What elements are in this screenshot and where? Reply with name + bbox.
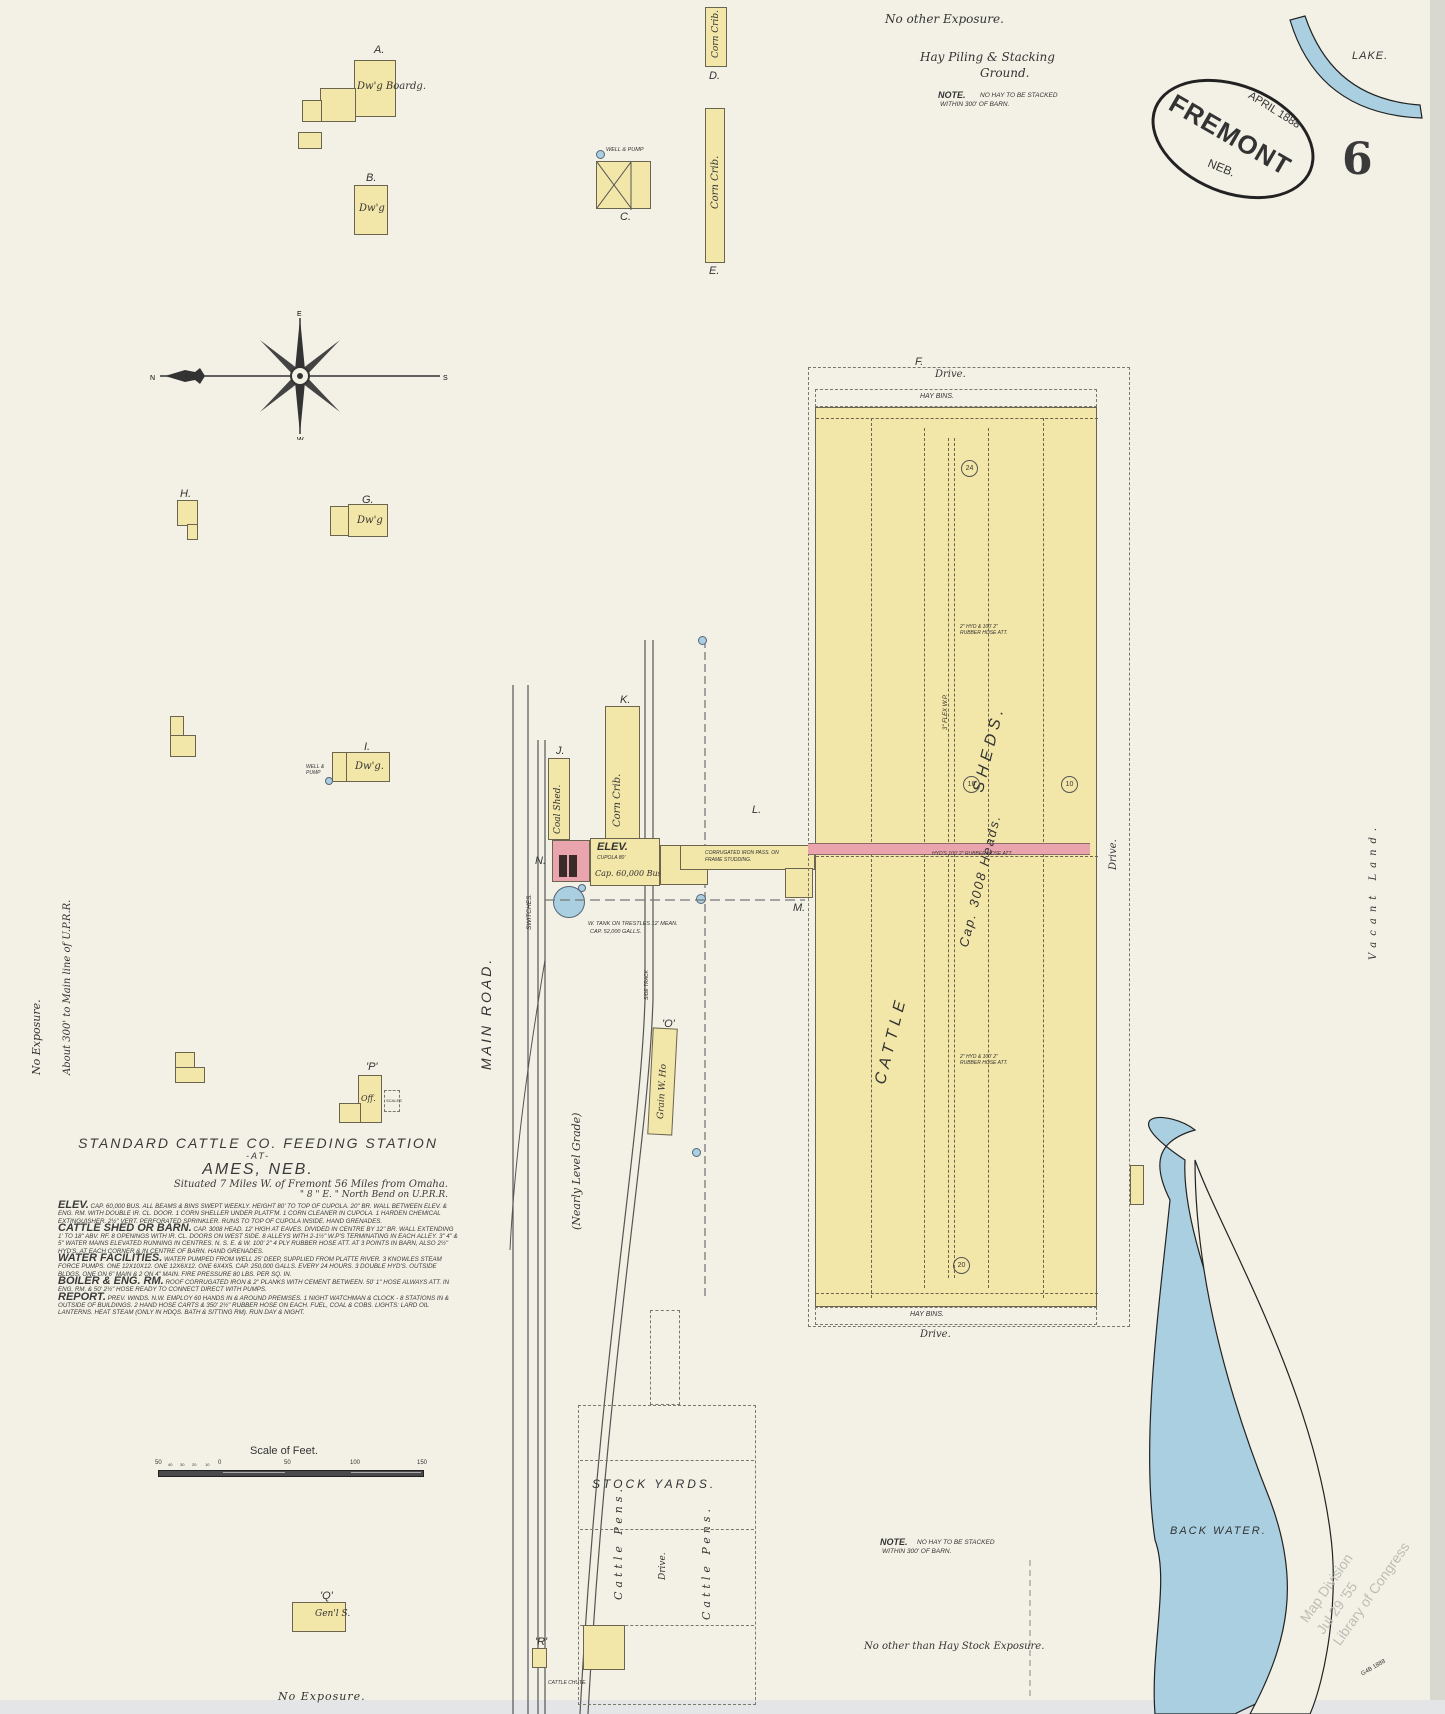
drive-top-label: Drive. <box>935 369 966 380</box>
building-n-letter: N. <box>535 855 546 867</box>
legend-section-report: REPORT. Prev. Winds. N.W. Employ 60 Hand… <box>58 1294 458 1317</box>
cattle-sheds-building <box>815 407 1097 1307</box>
bottom-no-exposure: No Exposure. <box>278 1690 366 1703</box>
legend-at: -AT- <box>58 1151 458 1161</box>
note-bottom-text2: within 300' of Barn. <box>882 1548 951 1555</box>
scale-tick: 10 <box>205 1462 209 1467</box>
pen-divider <box>580 1529 754 1530</box>
scale-bar: Scale of Feet. 50 40 30 20 10 0 50 100 1… <box>155 1445 425 1485</box>
building-o-label: Grain W. Ho <box>656 1064 669 1120</box>
note-bottom-text1: No Hay to be Stacked <box>917 1539 995 1546</box>
scale-tick: 100 <box>350 1460 360 1466</box>
legend-situated-1: Situated 7 Miles W. of Fremont 56 Miles … <box>58 1179 458 1190</box>
drive-bottom-label: Drive. <box>920 1329 951 1340</box>
stock-drive-label: Drive. <box>658 1552 668 1580</box>
vacant-land-label: Vacant Land. <box>1368 822 1379 960</box>
side-track-label: Side Track <box>644 970 650 1000</box>
building-q-label: Gen'l S. <box>315 1609 350 1619</box>
cattle-pens-1: Cattle Pens. <box>612 1485 625 1600</box>
cattle-pens-2: Cattle Pens. <box>700 1505 713 1620</box>
hay-bins-top <box>815 389 1097 407</box>
scale-tick: 50 <box>284 1460 291 1466</box>
legend-situated-2: " 8 " E. " North Bend on U.P.R.R. <box>58 1190 458 1200</box>
building-k-label: Corn Crib. <box>612 774 623 827</box>
switches-label: SWITCHES. <box>526 894 533 930</box>
elevator-capacity: Cap. 60,000 Bus. <box>595 869 664 878</box>
legend-place: AMES, NEB. <box>58 1161 458 1179</box>
building-k-corn-crib: Corn Crib. <box>605 706 640 840</box>
building-l-label: Corrugated Iron Pass. on Frame Studding. <box>705 850 785 864</box>
scale-tick: 20 <box>192 1462 196 1467</box>
hay-bins-bottom <box>815 1307 1097 1325</box>
drive-right-label: Drive. <box>1108 839 1119 870</box>
area-number-right: 10 <box>1061 776 1078 793</box>
scale-tick: 30 <box>180 1462 184 1467</box>
area-number-top: 24 <box>961 460 978 477</box>
building-q-letter: 'Q' <box>320 1590 333 1602</box>
boiler-engine-room <box>552 840 590 882</box>
legend-section-cattle-shed: CATTLE SHED or BARN. Cap. 3008 Head. 12'… <box>58 1225 458 1255</box>
building-j-label: Coal Shed. <box>553 785 563 834</box>
building-j-coal-shed: Coal Shed. <box>548 758 570 840</box>
building-f-letter: F. <box>915 356 923 368</box>
legend-block: STANDARD CATTLE CO. FEEDING STATION -AT-… <box>58 1135 458 1316</box>
pen-divider <box>580 1460 754 1461</box>
water-tank-note-1: W. Tank on Trestles 12' Mean. <box>588 921 678 927</box>
building-l-passage: Corrugated Iron Pass. on Frame Studding. <box>680 845 815 870</box>
hose-center-label: Hyd's 100' 2" Rubber Hose Att. <box>932 851 1012 857</box>
wp-label: 3" Flex W.P. <box>943 694 949 730</box>
elevator-building: ELEV. Cupola 80' Cap. 60,000 Bus. <box>590 838 660 886</box>
legend-title: STANDARD CATTLE CO. FEEDING STATION <box>58 1135 458 1151</box>
back-water-label: BACK WATER. <box>1170 1525 1267 1537</box>
building-j-letter: J. <box>556 745 565 757</box>
hay-bins-top-label: HAY BINS. <box>920 393 954 400</box>
hose-note-bottom: 2" Hyd & 100' 2" Rubber Hose Att. <box>960 1054 1020 1066</box>
building-q: Gen'l S. <box>292 1602 346 1632</box>
water-main-line <box>545 895 805 905</box>
scale-tick: 50 <box>155 1460 162 1466</box>
scale-title: Scale of Feet. <box>250 1445 318 1457</box>
nearly-level-grade-label: (Nearly Level Grade) <box>570 1113 583 1230</box>
stock-yard-shed <box>583 1625 625 1670</box>
building-r-letter: 'R' <box>535 1636 547 1648</box>
small-outbuilding <box>1130 1165 1144 1205</box>
hydrant-icon <box>692 1148 701 1157</box>
hay-bins-bottom-label: HAY BINS. <box>910 1311 944 1318</box>
scale-tick: 150 <box>417 1460 427 1466</box>
building-l-letter: L. <box>752 804 761 816</box>
main-road-label: MAIN ROAD. <box>478 957 494 1070</box>
legend-section-boiler: BOILER & ENG. RM. Roof Corrugated Iron &… <box>58 1278 458 1294</box>
area-number-bottom: 20 <box>953 1257 970 1274</box>
no-other-hay-stock-note: No other than Hay Stock Exposure. <box>864 1641 1044 1652</box>
area-number-mid: 16 <box>963 776 980 793</box>
elevator-label: ELEV. <box>597 841 628 853</box>
building-r <box>532 1648 547 1668</box>
scale-tick: 0 <box>218 1460 221 1466</box>
well-icon <box>578 884 586 892</box>
hose-note-top: 2" Hyd & 100' 2" Rubber Hose Att. <box>960 624 1020 636</box>
building-k-letter: K. <box>620 694 630 706</box>
hydrant-icon <box>698 636 707 645</box>
scale-tick: 40 <box>168 1462 172 1467</box>
stock-yard-lane <box>650 1310 680 1405</box>
note-bottom-label: NOTE. <box>880 1537 908 1547</box>
water-tank-note-2: Cap. 52,000 Galls. <box>590 929 641 935</box>
stock-yards-title: STOCK YARDS. <box>592 1477 716 1491</box>
elevator-cupola: Cupola 80' <box>597 855 625 861</box>
cattle-chute-label: Cattle Chute. <box>548 1680 587 1686</box>
